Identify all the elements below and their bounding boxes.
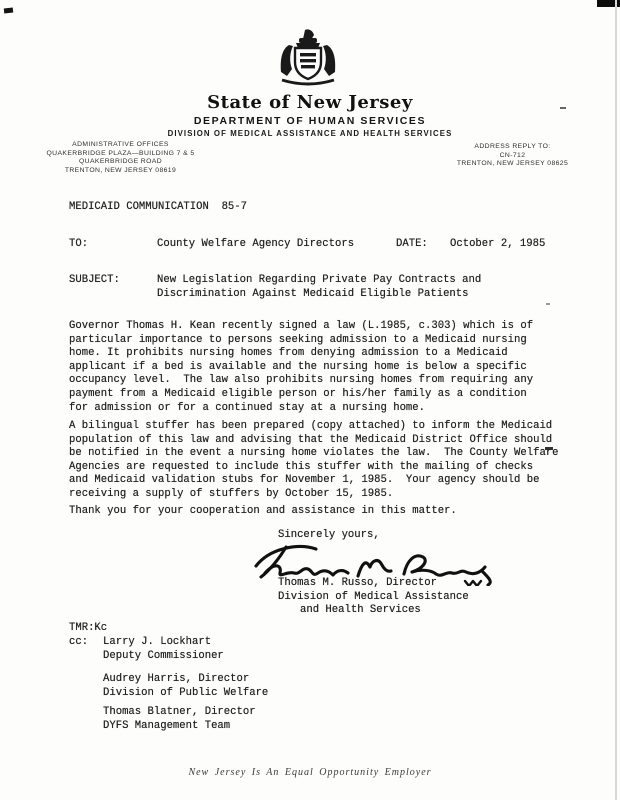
administrative-offices-address: ADMINISTRATIVE OFFICES QUAKERBRIDGE PLAZ… <box>28 141 213 175</box>
typist-initials: TMR:Kc <box>69 622 107 636</box>
subject-label: SUBJECT: <box>69 274 120 288</box>
date-label: DATE: <box>396 238 428 252</box>
letter-page: State of New Jersey DEPARTMENT OF HUMAN … <box>0 0 620 800</box>
state-title: State of New Jersey <box>0 92 620 113</box>
date-value: October 2, 1985 <box>450 238 545 252</box>
scan-artifact <box>597 0 620 7</box>
to-label: TO: <box>69 238 88 252</box>
body-paragraph-2: A bilingual stuffer has been prepared (c… <box>69 420 559 502</box>
signer-name-title: Thomas M. Russo, Director <box>278 577 437 591</box>
cc-recipient-name: Larry J. Lockhart <box>103 636 211 650</box>
cc-recipient-name: Audrey Harris, Director <box>103 673 249 687</box>
division-name: DIVISION OF MEDICAL ASSISTANCE AND HEALT… <box>0 129 620 138</box>
closing-line: Thank you for your cooperation and assis… <box>69 505 457 519</box>
equal-opportunity-tagline: New Jersey Is An Equal Opportunity Emplo… <box>0 767 620 778</box>
signer-division-line-1: Division of Medical Assistance <box>278 591 469 605</box>
scan-artifact <box>546 303 550 305</box>
signature-name-text: Thomas M. Russo <box>0 0 1 1</box>
cc-recipient-title: DYFS Management Team <box>103 720 230 734</box>
memo-number-line: MEDICAID COMMUNICATION 85-7 <box>69 201 247 215</box>
cc-recipient-title: Deputy Commissioner <box>103 650 224 664</box>
signer-division-line-2: and Health Services <box>300 604 421 618</box>
subject-value: New Legislation Regarding Private Pay Co… <box>157 274 481 301</box>
department-name: DEPARTMENT OF HUMAN SERVICES <box>0 115 620 127</box>
new-jersey-state-seal-icon <box>268 29 348 93</box>
scan-artifact <box>4 8 13 14</box>
reply-address: ADDRESS REPLY TO: CN-712 TRENTON, NEW JE… <box>420 143 605 169</box>
body-paragraph-1: Governor Thomas H. Kean recently signed … <box>69 320 533 415</box>
cc-recipient-title: Division of Public Welfare <box>103 687 268 701</box>
to-value: County Welfare Agency Directors <box>157 238 354 252</box>
cc-label: cc: <box>69 636 88 650</box>
cc-recipient-name: Thomas Blatner, Director <box>103 706 256 720</box>
